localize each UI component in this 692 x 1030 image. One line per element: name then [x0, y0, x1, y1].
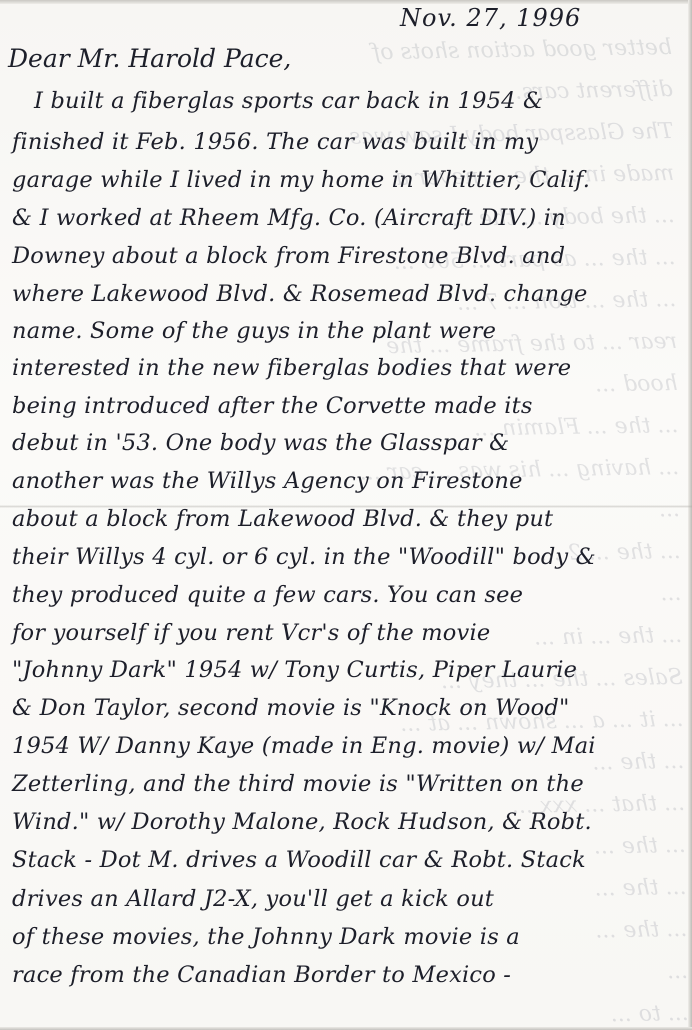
letter-line: I built a fiberglas sports car back in 1…: [34, 88, 543, 114]
letter-line: garage while I lived in my home in Whitt…: [12, 167, 590, 193]
letter-line: about a block from Lakewood Blvd. & they…: [12, 506, 553, 532]
letter-line: Zetterling, and the third movie is "Writ…: [12, 771, 584, 797]
letter-line: race from the Canadian Border to Mexico …: [12, 962, 511, 988]
handwritten-letter: Nov. 27, 1996 Dear Mr. Harold Pace, I bu…: [0, 0, 692, 1030]
letter-line: Downey about a block from Firestone Blvd…: [12, 243, 565, 269]
letter-line: name. Some of the guys in the plant were: [12, 318, 496, 344]
letter-line: Stack - Dot M. drives a Woodill car & Ro…: [12, 847, 586, 873]
letter-line: interested in the new fiberglas bodies t…: [12, 355, 571, 381]
letter-line: being introduced after the Corvette made…: [12, 393, 533, 419]
letter-line: finished it Feb. 1956. The car was built…: [12, 129, 538, 155]
letter-line: & I worked at Rheem Mfg. Co. (Aircraft D…: [12, 205, 566, 231]
letter-line: drives an Allard J2-X, you'll get a kick…: [12, 886, 494, 912]
letter-line: where Lakewood Blvd. & Rosemead Blvd. ch…: [12, 281, 587, 307]
letter-line: their Willys 4 cyl. or 6 cyl. in the "Wo…: [12, 544, 596, 570]
letter-line: "Johnny Dark" 1954 w/ Tony Curtis, Piper…: [12, 657, 577, 683]
letter-salutation: Dear Mr. Harold Pace,: [8, 44, 291, 73]
letter-line: Wind." w/ Dorothy Malone, Rock Hudson, &…: [12, 809, 592, 835]
letter-line: debut in '53. One body was the Glasspar …: [12, 430, 509, 456]
letter-page: better good action shots of different ca…: [0, 0, 692, 1030]
letter-date: Nov. 27, 1996: [400, 4, 581, 32]
letter-line: they produced quite a few cars. You can …: [12, 582, 523, 608]
letter-line: of these movies, the Johnny Dark movie i…: [12, 924, 520, 950]
letter-line: & Don Taylor, second movie is "Knock on …: [12, 695, 570, 721]
letter-line: another was the Willys Agency on Firesto…: [12, 468, 523, 494]
letter-line: for yourself if you rent Vcr's of the mo…: [12, 620, 490, 646]
letter-line: 1954 W/ Danny Kaye (made in Eng. movie) …: [12, 733, 596, 759]
